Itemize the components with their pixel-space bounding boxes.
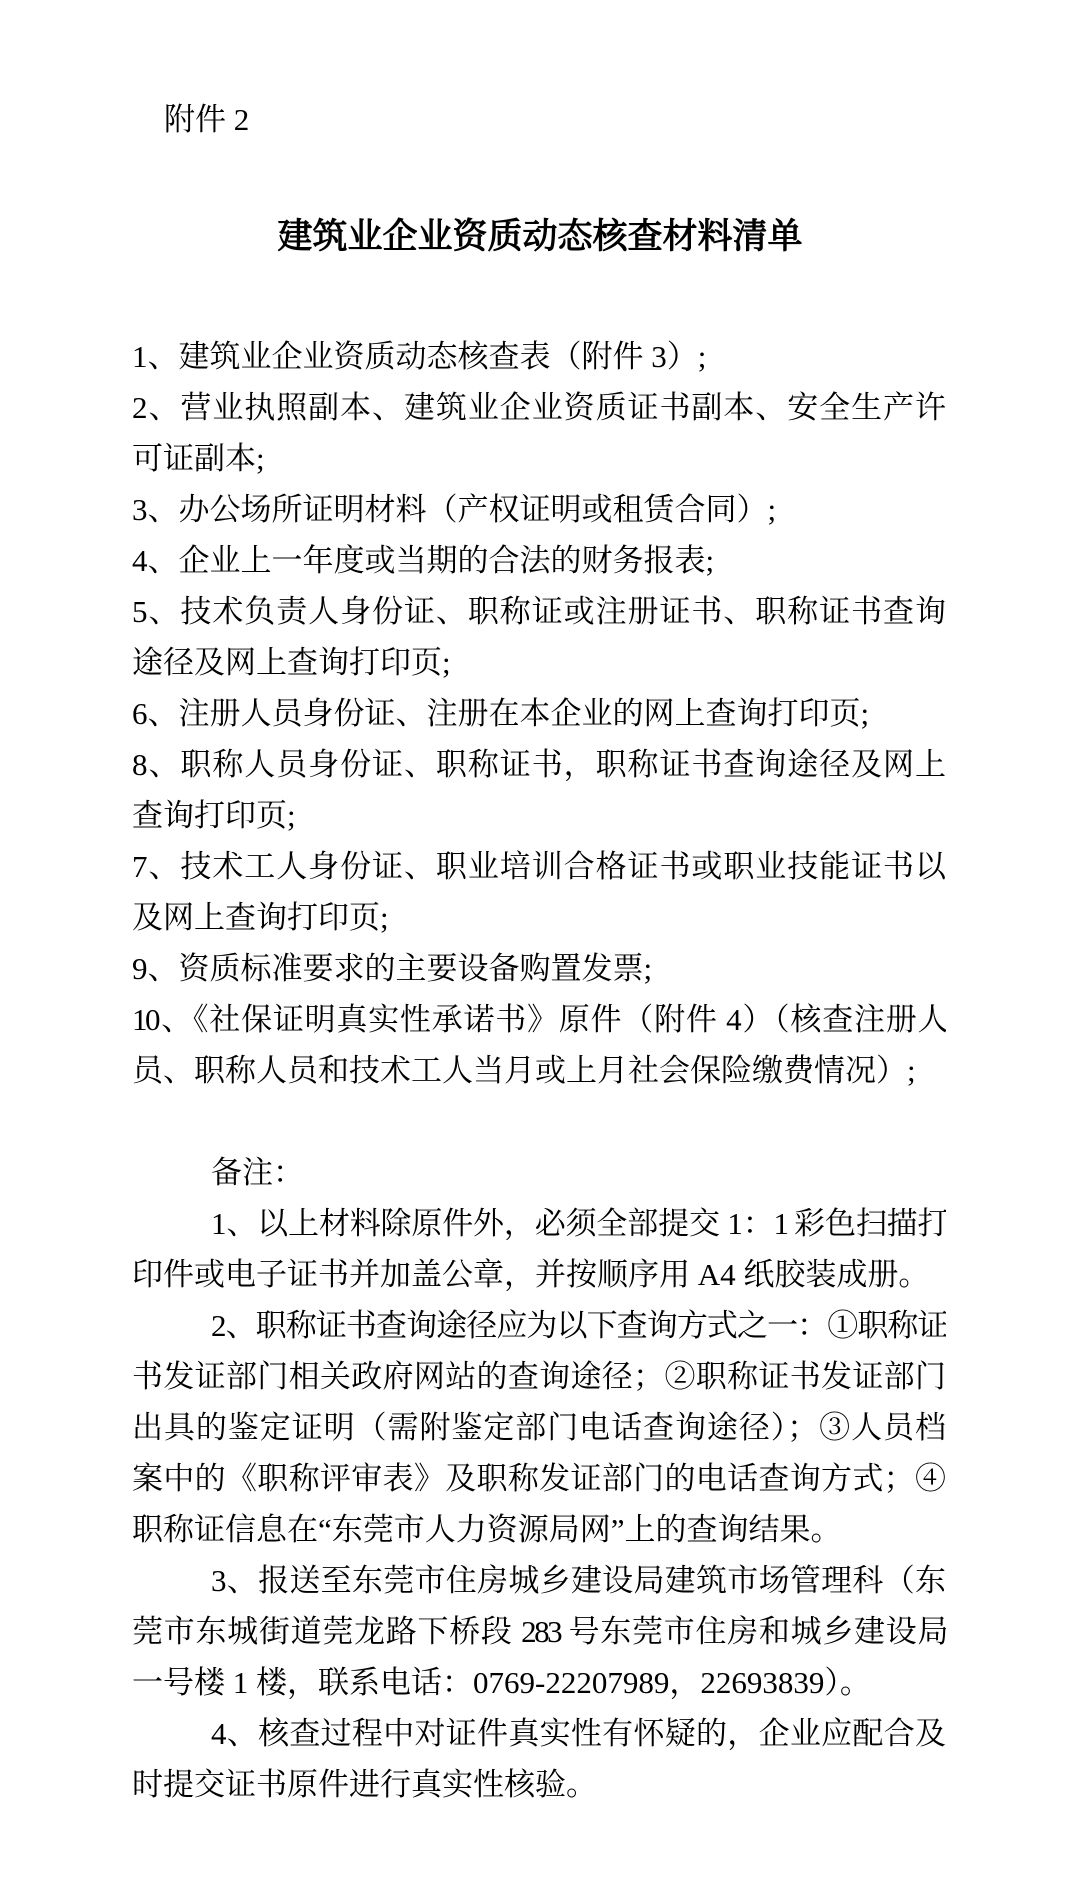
list-item-9-line-1: 9、资质标准要求的主要设备购置发票; <box>132 943 946 994</box>
remark-2-line-4: 案中的《职称评审表》及职称发证部门的电话查询方式；④ <box>132 1453 946 1504</box>
document-title: 建筑业企业资质动态核查材料清单 <box>0 211 1080 262</box>
material-list: 1、建筑业企业资质动态核查表（附件 3）; 2、营业执照副本、建筑业企业资质证书… <box>132 331 946 1096</box>
list-item-2-line-2: 可证副本; <box>132 433 946 484</box>
document-body: 1、建筑业企业资质动态核查表（附件 3）; 2、营业执照副本、建筑业企业资质证书… <box>132 331 946 1810</box>
remark-3-line-2: 莞市东城街道莞龙路下桥段 283 号东莞市住房和城乡建设局 <box>132 1606 946 1657</box>
remark-2-line-3: 出具的鉴定证明（需附鉴定部门电话查询途径）；③人员档 <box>132 1402 946 1453</box>
list-item-2-line-1: 2、营业执照副本、建筑业企业资质证书副本、安全生产许 <box>132 382 946 433</box>
list-item-8-line-2: 查询打印页; <box>132 790 946 841</box>
list-item-10-line-2: 员、职称人员和技术工人当月或上月社会保险缴费情况）; <box>132 1045 946 1096</box>
remark-2-line-2: 书发证部门相关政府网站的查询途径；②职称证书发证部门 <box>132 1351 946 1402</box>
document-page: 附件 2 建筑业企业资质动态核查材料清单 1、建筑业企业资质动态核查表（附件 3… <box>0 0 1080 1894</box>
list-item-1-line-1: 1、建筑业企业资质动态核查表（附件 3）; <box>132 331 946 382</box>
remark-1-line-2: 印件或电子证书并加盖公章，并按顺序用 A4 纸胶装成册。 <box>132 1249 946 1300</box>
list-item-7-line-1: 7、技术工人身份证、职业培训合格证书或职业技能证书以 <box>132 841 946 892</box>
remark-3-line-1: 3、报送至东莞市住房城乡建设局建筑市场管理科（东 <box>132 1555 946 1606</box>
remark-4-line-1: 4、核查过程中对证件真实性有怀疑的，企业应配合及 <box>132 1708 946 1759</box>
list-item-10-line-1: 10、《社保证明真实性承诺书》原件（附件 4）（核查注册人 <box>132 994 946 1045</box>
remark-2-line-1: 2、职称证书查询途径应为以下查询方式之一：①职称证 <box>132 1300 946 1351</box>
remark-4-line-2: 时提交证书原件进行真实性核验。 <box>132 1759 946 1810</box>
list-item-5-line-1: 5、技术负责人身份证、职称证或注册证书、职称证书查询 <box>132 586 946 637</box>
list-item-4-line-1: 4、企业上一年度或当期的合法的财务报表; <box>132 535 946 586</box>
remarks-section: 备注： 1、以上材料除原件外，必须全部提交 1：1 彩色扫描打 印件或电子证书并… <box>132 1147 946 1810</box>
list-item-5-line-2: 途径及网上查询打印页; <box>132 637 946 688</box>
list-item-3-line-1: 3、办公场所证明材料（产权证明或租赁合同）; <box>132 484 946 535</box>
blank-line-spacer <box>132 1096 946 1147</box>
remark-3-line-3: 一号楼 1 楼，联系电话：0769-22207989，22693839）。 <box>132 1657 946 1708</box>
remark-1-line-1: 1、以上材料除原件外，必须全部提交 1：1 彩色扫描打 <box>132 1198 946 1249</box>
list-item-6-line-1: 6、注册人员身份证、注册在本企业的网上查询打印页; <box>132 688 946 739</box>
list-item-8-line-1: 8、职称人员身份证、职称证书，职称证书查询途径及网上 <box>132 739 946 790</box>
list-item-7-line-2: 及网上查询打印页; <box>132 892 946 943</box>
attachment-label: 附件 2 <box>164 94 249 145</box>
remarks-heading: 备注： <box>132 1147 946 1198</box>
remark-2-line-5: 职称证信息在“东莞市人力资源局网”上的查询结果。 <box>132 1504 946 1555</box>
